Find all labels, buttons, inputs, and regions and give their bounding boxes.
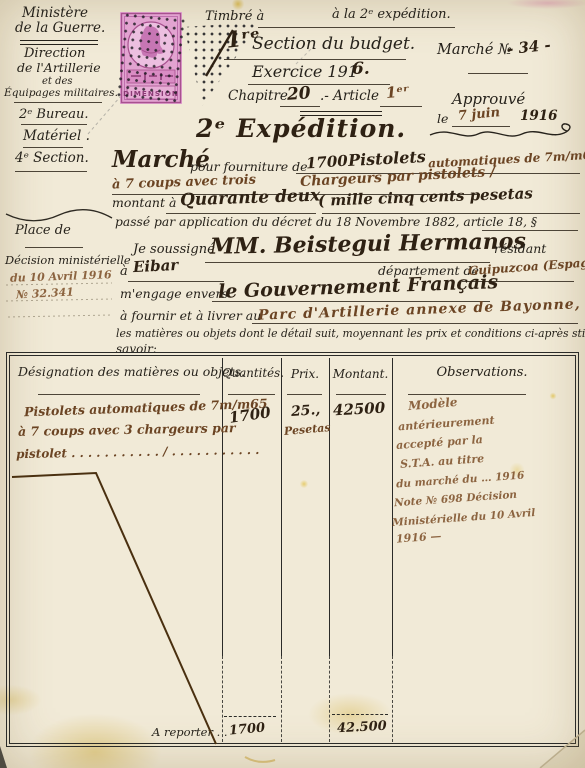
corner-dark-mark: [0, 746, 7, 768]
bureau-label: 2ᵉ Bureau.: [19, 108, 89, 121]
header-underline-1: [38, 394, 200, 395]
reporter-label: A reporter . .: [152, 727, 228, 739]
marche-number-label: Marché №: [437, 43, 512, 58]
decision-label: Décision ministérielle: [5, 255, 131, 266]
place-underline: [25, 247, 83, 248]
exercice-underline: [248, 84, 390, 85]
livrer-printed: à fournir et à livrer au: [120, 310, 261, 323]
ministry-line2: de la Guerre.: [15, 22, 105, 36]
p1-object-handwriting: Pistolets: [348, 149, 427, 169]
document-page: Ministère de la Guerre. Direction de l'A…: [0, 0, 585, 768]
exercice-label: Exercice 191: [252, 64, 358, 80]
approuve-year: 1916: [520, 110, 558, 124]
header-prix: Prix.: [281, 368, 329, 380]
dest-rule: [252, 323, 578, 324]
col-divider-3-dashed: [329, 656, 330, 742]
p3-amount-words2-handwriting: ( mille cinq cents pesetas: [318, 186, 533, 208]
marche-number-underline: [468, 73, 528, 74]
decision-date-handwriting: du 10 Avril 1916: [10, 269, 112, 284]
article-label: .- Article: [320, 90, 379, 104]
items-table-inner-border: Désignation des matières ou objets. Quan…: [9, 355, 576, 744]
budget-section-underline: [224, 59, 406, 60]
qty-total-dash: [224, 716, 276, 717]
obs-line-6: Note № 698 Décision: [394, 490, 518, 509]
article-value-handwriting: 1ᵉʳ: [385, 84, 410, 101]
ministry-line1: Ministère: [22, 7, 88, 21]
contractor-name-handwriting: MM. Beistegui Hermanos: [210, 230, 526, 258]
materiel-label: Matériel .: [23, 130, 90, 144]
chapitre-value-handwriting: 20: [286, 85, 311, 104]
item-price: 25.,: [291, 403, 321, 419]
city-rule: [128, 281, 224, 282]
bottom-smudge: [245, 757, 275, 762]
timbre-underline: [258, 27, 455, 28]
p3-rule-a: [166, 213, 316, 214]
direction-line1: Direction: [24, 47, 85, 60]
item-designation-line2: à 7 coups avec 3 chargeurs par: [18, 422, 236, 438]
col-divider-3: [329, 358, 330, 656]
materiel-underline: [23, 147, 83, 148]
left-margin-brace: [6, 210, 112, 221]
matieres-printed: les matières ou objets dont le détail su…: [116, 329, 585, 340]
budget-section-label: Section du budget.: [252, 36, 415, 53]
header-underline-3: [287, 394, 322, 395]
government-handwriting: le Gouvernement Français: [218, 273, 499, 302]
direction-line4: Équipages militaires.: [4, 88, 118, 99]
col-divider-4: [392, 358, 393, 656]
obs-line-5: du marché du … 1916: [396, 471, 525, 490]
header-observations: Observations.: [392, 366, 572, 379]
ministry-underline: [20, 40, 98, 45]
perforation-dots-stamp: [115, 11, 190, 105]
amount-total: 42.500: [337, 720, 387, 736]
soussigne-printed: Je soussigné: [133, 243, 215, 256]
obs-line-7: Ministérielle du 10 Avril: [392, 508, 536, 528]
p3-amount-words-handwriting: Quarante deux: [180, 188, 321, 210]
items-table: Désignation des matières ou objets. Quan…: [6, 352, 579, 747]
residant-printed: résidant: [494, 243, 546, 256]
approuve-le: le: [437, 113, 448, 126]
approuve-date-handwriting: 7 juin: [458, 106, 501, 123]
marche-number-value-handwriting: - 34 -: [506, 38, 551, 57]
decision-number-handwriting: № 32.341: [16, 286, 74, 300]
chapitre-blank-underline: [280, 106, 320, 107]
approuve-date-underline: [452, 126, 510, 127]
item-price-unit: Pesetas: [284, 422, 331, 437]
city-handwriting: Eibar: [133, 258, 179, 275]
exercice-year-handwriting: 6.: [352, 61, 370, 78]
obs-line-4: S.T.A. au titre: [400, 453, 485, 470]
item-amount: 42500: [333, 401, 386, 419]
article-blank-underline: [380, 106, 422, 107]
col-divider-2-dashed: [281, 656, 282, 742]
approuve-label: Approuvé: [452, 92, 525, 107]
obs-line-1: Modèle: [408, 396, 458, 412]
obs-line-8: 1916 —: [396, 530, 442, 544]
col-divider-2: [281, 358, 282, 656]
direction-line2: de l'Artillerie: [17, 62, 101, 75]
qty-total: 1700: [229, 721, 266, 737]
p1-quantity-handwriting: 1700: [306, 154, 349, 172]
timbre-label: Timbré à: [205, 10, 264, 23]
a-printed: à: [120, 265, 128, 278]
header-quantites: Quantités.: [222, 368, 281, 380]
header-underline-4: [336, 394, 386, 395]
p4-printed: passé par application du décret du 18 No…: [115, 216, 537, 228]
item-quantity: 1700: [228, 405, 271, 426]
engage-printed: m'engage envers: [120, 288, 228, 301]
amount-total-dash: [332, 714, 388, 715]
section-underline: [15, 171, 87, 172]
p3-printed: montant à: [112, 197, 176, 210]
bureau-underline: [21, 124, 87, 125]
place-label: Place de: [15, 224, 71, 237]
p1-printed: pour fourniture de: [190, 161, 308, 174]
col-divider-4-dashed: [392, 656, 393, 742]
expedition-title: 2ᵉ Expédition.: [196, 116, 406, 141]
obs-line-2: antérieurement: [398, 415, 495, 433]
timbre-suffix: à la 2ᵉ expédition.: [332, 8, 451, 21]
section-label: 4ᵉ Section.: [15, 152, 89, 166]
header-montant: Montant.: [329, 368, 392, 380]
header-underline-2: [228, 394, 275, 395]
header-designation: Désignation des matières ou objets.: [18, 366, 218, 379]
direction-line3: et des: [42, 77, 73, 87]
p3-rule-b: [322, 213, 580, 214]
obs-line-3: accepté par la: [396, 434, 483, 451]
header-underline-5: [408, 394, 526, 395]
direction-underline: [14, 102, 102, 103]
chapitre-label: Chapitre: [228, 90, 288, 104]
